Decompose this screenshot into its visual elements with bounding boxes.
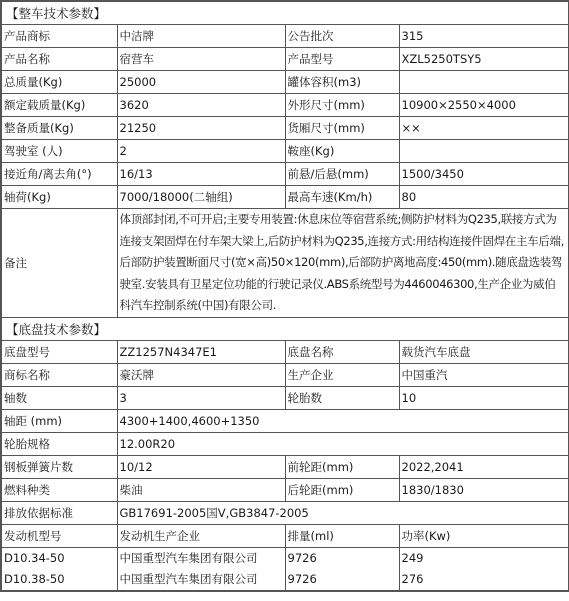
label-cell: 外形尺寸(mm) — [285, 94, 399, 117]
label-cell: 接近角/离去角(°) — [1, 163, 117, 186]
header-cell: 功率(Kw) — [399, 524, 569, 547]
value-cell: 中国重汽 — [399, 363, 569, 386]
table-row: 轴数 3 轮胎数 10 — [1, 386, 569, 409]
label-cell: 钢板弹簧片数 — [1, 455, 117, 478]
value-cell: 豪沃牌 — [117, 363, 285, 386]
table-row: 产品商标 中洁牌 公告批次 315 — [1, 25, 569, 48]
label-cell: 额定载质量(Kg) — [1, 94, 117, 117]
label-cell: 底盘型号 — [1, 340, 117, 363]
value-cell: ZZ1257N4347E1 — [117, 340, 285, 363]
remark-text: 体顶部封闭,不可开启;主要专用装置:休息床位等宿营系统;侧防护材料为Q235,联… — [117, 209, 569, 318]
header-cell: 排量(ml) — [285, 524, 399, 547]
value-cell: 10900×2550×4000 — [399, 94, 569, 117]
engine-power: 276 — [399, 569, 569, 591]
label-cell: 罐体容积(m3) — [285, 71, 399, 94]
chassis-section-header: 【底盘技术参数】 — [1, 317, 569, 340]
engine-maker: 中国重型汽车集团有限公司 — [117, 569, 285, 591]
table-row-emission: 排放依据标准 GB17691-2005国Ⅴ,GB3847-2005 — [1, 501, 569, 524]
label-cell: 产品型号 — [285, 48, 399, 71]
table-row: 钢板弹簧片数 10/12 前轮距(mm) 2022,2041 — [1, 455, 569, 478]
label-cell: 轴距 (mm) — [1, 409, 117, 432]
label-cell: 总质量(Kg) — [1, 71, 117, 94]
value-cell: 16/13 — [117, 163, 285, 186]
table-row-tire-spec: 轮胎规格 12.00R20 — [1, 432, 569, 455]
value-cell: 宿营车 — [117, 48, 285, 71]
table-row-wheelbase: 轴距 (mm) 4300+1400,4600+1350 — [1, 409, 569, 432]
label-cell: 后轮距(mm) — [285, 478, 399, 501]
remark-row: 备注 体顶部封闭,不可开启;主要专用装置:休息床位等宿营系统;侧防护材料为Q23… — [1, 209, 569, 318]
label-cell: 最高车速(Km/h) — [285, 186, 399, 209]
label-cell: 轴数 — [1, 386, 117, 409]
engine-displacement: 9726 — [285, 569, 399, 591]
label-cell: 产品商标 — [1, 25, 117, 48]
value-cell: 4300+1400,4600+1350 — [117, 409, 569, 432]
value-cell: 25000 — [117, 71, 285, 94]
label-cell: 排放依据标准 — [1, 501, 117, 524]
table-row: 整备质量(Kg) 21250 货厢尺寸(mm) ×× — [1, 117, 569, 140]
label-cell: 整备质量(Kg) — [1, 117, 117, 140]
label-cell: 生产企业 — [285, 363, 399, 386]
label-cell: 燃料种类 — [1, 478, 117, 501]
label-cell: 公告批次 — [285, 25, 399, 48]
engine-header-row: 发动机型号 发动机生产企业 排量(ml) 功率(Kw) — [1, 524, 569, 547]
value-cell: 载货汽车底盘 — [399, 340, 569, 363]
header-cell: 发动机生产企业 — [117, 524, 285, 547]
vehicle-section-title: 【整车技术参数】 — [1, 1, 569, 25]
label-cell: 轴荷(Kg) — [1, 186, 117, 209]
table-row: 额定载质量(Kg) 3620 外形尺寸(mm) 10900×2550×4000 — [1, 94, 569, 117]
table-row: 商标名称 豪沃牌 生产企业 中国重汽 — [1, 363, 569, 386]
value-cell: 10/12 — [117, 455, 285, 478]
value-cell: 7000/18000(二轴组) — [117, 186, 285, 209]
value-cell: 1500/3450 — [399, 163, 569, 186]
engine-row: D10.38-50 中国重型汽车集团有限公司 9726 276 — [1, 569, 569, 591]
value-cell: 21250 — [117, 117, 285, 140]
engine-model: D10.38-50 — [1, 569, 117, 591]
value-cell: 3 — [117, 386, 285, 409]
table-row: 燃料种类 柴油 后轮距(mm) 1830/1830 — [1, 478, 569, 501]
value-cell: 3620 — [117, 94, 285, 117]
value-cell: 2 — [117, 140, 285, 163]
table-row: 总质量(Kg) 25000 罐体容积(m3) — [1, 71, 569, 94]
chassis-section-title: 【底盘技术参数】 — [1, 317, 569, 340]
label-cell: 产品名称 — [1, 48, 117, 71]
value-cell: 1830/1830 — [399, 478, 569, 501]
engine-maker: 中国重型汽车集团有限公司 — [117, 547, 285, 569]
table-row: 底盘型号 ZZ1257N4347E1 底盘名称 载货汽车底盘 — [1, 340, 569, 363]
label-cell: 轮胎规格 — [1, 432, 117, 455]
label-cell: 商标名称 — [1, 363, 117, 386]
label-cell: 前轮距(mm) — [285, 455, 399, 478]
label-cell: 轮胎数 — [285, 386, 399, 409]
engine-row: D10.34-50 中国重型汽车集团有限公司 9726 249 — [1, 547, 569, 569]
table-row: 轴荷(Kg) 7000/18000(二轴组) 最高车速(Km/h) 80 — [1, 186, 569, 209]
table-row: 驾驶室 (人) 2 鞍座(Kg) — [1, 140, 569, 163]
value-cell: GB17691-2005国Ⅴ,GB3847-2005 — [117, 501, 569, 524]
value-cell — [399, 140, 569, 163]
label-cell: 货厢尺寸(mm) — [285, 117, 399, 140]
label-cell: 鞍座(Kg) — [285, 140, 399, 163]
value-cell: 中洁牌 — [117, 25, 285, 48]
label-cell: 前悬/后悬(mm) — [285, 163, 399, 186]
engine-power: 249 — [399, 547, 569, 569]
remark-label: 备注 — [1, 209, 117, 318]
value-cell: ×× — [399, 117, 569, 140]
value-cell: 80 — [399, 186, 569, 209]
table-row: 接近角/离去角(°) 16/13 前悬/后悬(mm) 1500/3450 — [1, 163, 569, 186]
value-cell — [399, 71, 569, 94]
table-row: 产品名称 宿营车 产品型号 XZL5250TSY5 — [1, 48, 569, 71]
vehicle-section-header: 【整车技术参数】 — [1, 1, 569, 25]
value-cell: 柴油 — [117, 478, 285, 501]
label-cell: 驾驶室 (人) — [1, 140, 117, 163]
header-cell: 发动机型号 — [1, 524, 117, 547]
engine-model: D10.34-50 — [1, 547, 117, 569]
value-cell: 2022,2041 — [399, 455, 569, 478]
label-cell: 底盘名称 — [285, 340, 399, 363]
value-cell: 12.00R20 — [117, 432, 569, 455]
engine-displacement: 9726 — [285, 547, 399, 569]
value-cell: 10 — [399, 386, 569, 409]
value-cell: 315 — [399, 25, 569, 48]
spec-table: 【整车技术参数】 产品商标 中洁牌 公告批次 315 产品名称 宿营车 产品型号… — [0, 0, 569, 592]
value-cell: XZL5250TSY5 — [399, 48, 569, 71]
